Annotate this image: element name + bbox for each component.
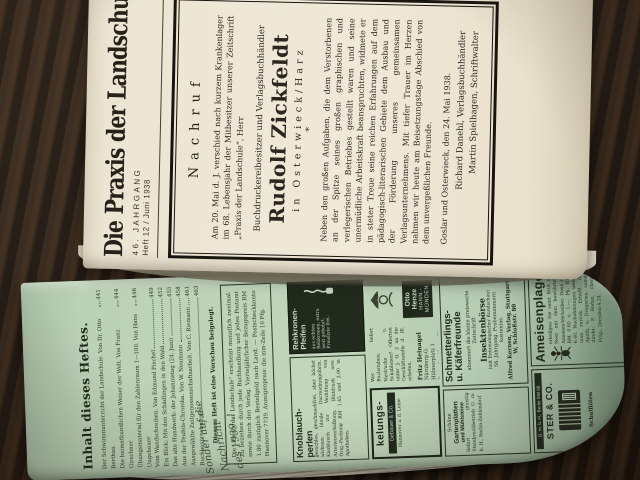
masthead: Die Praxis der Landschule 46. JAHRGANG H…: [83, 0, 157, 270]
ad-kelungs-firm: Gebauer & Co.: [387, 392, 397, 453]
ad-knoblauch-perlen: Knoblauch- perlen geruchlos, geschmackfr…: [290, 354, 370, 462]
ad-ameisenplage: Ameisenplage erledigen Sie samt Brut u. …: [528, 270, 628, 367]
ant-icon: [549, 344, 605, 362]
dot-leader: [99, 302, 100, 308]
dot-leader: [162, 299, 165, 343]
ad-ameisen-title: Ameisenplage: [531, 277, 548, 363]
accordion-icon: [569, 388, 590, 433]
obituary-body: Neben den großen Aufgaben, die dem Verst…: [318, 18, 437, 245]
journal-title: Die Praxis der Landschule: [99, 32, 133, 257]
top-page-cream: Die Praxis der Landschule 46. JAHRGANG H…: [83, 0, 594, 280]
obituary-signatures: Richard Danehl, Verlagsbuchhändler Marti…: [452, 21, 483, 246]
ad-insekten-publisher: Alfred Kernen, Verlag, Stuttgart-W, Schl…: [505, 278, 521, 380]
obituary-frame: Nachruf Am 20. Mai d. J. verschied nach …: [168, 0, 499, 266]
dot-leader: [153, 300, 156, 348]
ad-kelungs-gebauer: kelungs- Gebauer & Co. Hannover a. d. Le…: [370, 386, 443, 460]
toc-entry-page: 463: [193, 285, 202, 296]
toc-entry-page: 444: [113, 288, 122, 299]
ornament-engraving-icon: [381, 287, 401, 314]
dot-leader: [135, 300, 136, 306]
dot-leader: [171, 299, 173, 336]
obituary-heading: Nachruf: [185, 15, 205, 239]
dot-leader: [188, 298, 189, 305]
ad-garten-body: liefert günstig Steinbruchbetrieb G. m. …: [465, 392, 486, 452]
ad-kelungs-title: kelungs-: [374, 393, 387, 455]
ad-ameisen-body: erledigen Sie samt Brut u. Nest mit dem …: [547, 275, 605, 344]
ad-henze-name: Otto Henze: [404, 281, 419, 316]
obituary-intro: Am 20. Mai d. J. verschied nach kurzem K…: [209, 15, 248, 240]
toc-entry-page: 461: [184, 286, 193, 297]
obituary-name: Rudolf Zickfeldt: [264, 16, 293, 240]
ad-rehkronen-note: aus echten Rehkronen, extra weit gebohrt…: [310, 304, 332, 349]
toc-entry-page: 458: [175, 286, 184, 297]
masthead-rule: [157, 0, 164, 258]
green-page-margin: [21, 290, 82, 472]
ad-rehkronen-pfeifen: Rehkronen- Pfeifen aus echten Rehkronen,…: [287, 280, 366, 355]
dot-leader: [117, 301, 118, 307]
ads-section: Knoblauch- perlen geruchlos, geschmackfr…: [287, 270, 628, 462]
ad-wer-liefert: Wer liefert Buchstaben, Vordrucke u. Sch…: [367, 323, 439, 386]
toc-entry-page: 446: [130, 288, 139, 299]
toc-entry-page: 455: [166, 286, 175, 297]
bottom-page-green: Inhalt dieses Heftes. Der Schwimmunterri…: [21, 261, 628, 480]
schulfloeten-label: Schulflöten: [587, 372, 596, 448]
dot-leader: [179, 299, 182, 343]
ad-insekten-volume: 56. Jahrgang. Probenummern kostenlos.: [491, 278, 507, 380]
ad-ster-co: G. m. b. H., Berlin SW 68 STER & CO. Sch…: [531, 366, 627, 453]
ad-henze-city: HANN.-MÜNDEN: [418, 281, 431, 316]
ad-ster-box: G. m. b. H., Berlin SW 68: [534, 373, 544, 449]
photo-of-open-journal: Inhalt dieses Heftes. Der Schwimmunterri…: [0, 0, 640, 480]
toc-entry-page: 441: [95, 289, 104, 300]
ad-knoblauch-body: geruchlos, geschmackfrei, aber höchst wi…: [312, 359, 353, 457]
ad-wer-liefert-body: Wer liefert Buchstaben, Vordrucke u. Sch…: [370, 327, 415, 383]
ad-kelungs-city: Hannover a. d. Leine: [397, 392, 404, 453]
ad-insektenboerse: Schmetterlings- u. Käferfreunde abonnier…: [439, 274, 529, 387]
toc-entry-page: 449: [148, 287, 157, 298]
toc-entry-page: 452: [157, 287, 166, 298]
obituary-dateline: Goslar und Osterwieck, den 24. Mai 1938.: [439, 20, 453, 244]
ad-gartenplatten: Schöne Gartenplatten und Mühlsteine lief…: [443, 386, 531, 456]
